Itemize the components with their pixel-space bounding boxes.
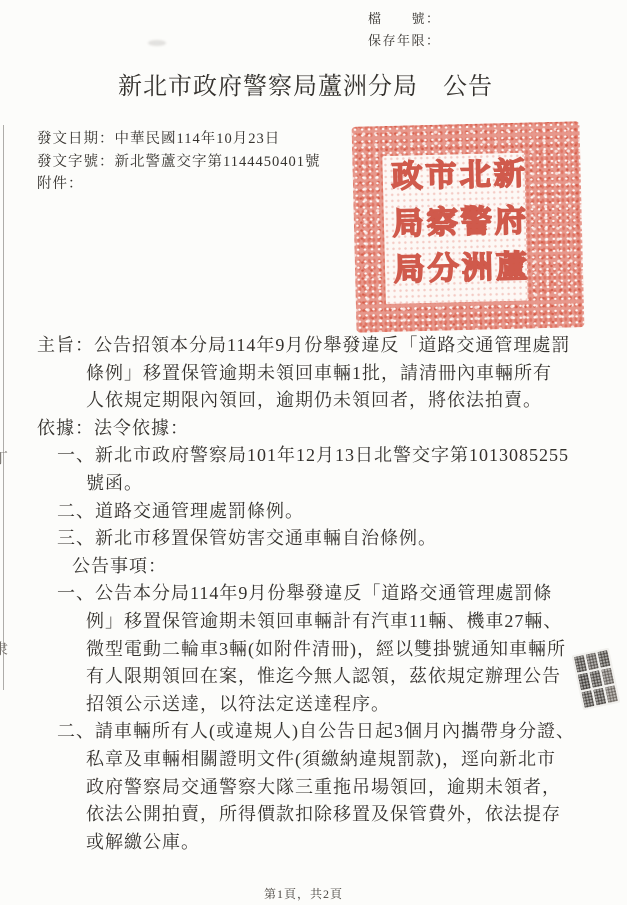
body-line: 三、新北市移置保管妨害交通車輛自治條例。 xyxy=(0,525,627,553)
body-line: 二、請車輛所有人(或違規人)自公告日起3個月內攜帶身分證、 xyxy=(0,718,627,746)
filing-block: 檔 號： 保存年限： xyxy=(368,8,441,52)
body-line: 有人限期領回在案，惟迄今無人認領，茲依規定辦理公告 xyxy=(0,663,627,691)
attachment-label: 附件： xyxy=(37,176,84,192)
retention-period-label: 保存年限： xyxy=(368,30,441,52)
body-line: 微型電動二輪車3輛(如附件清冊)，經以雙掛號通知車輛所 xyxy=(0,636,627,664)
body-line: 公告事項： xyxy=(0,553,627,581)
body-line: 私章及車輛相關證明文件(須繳納違規罰款)，逕向新北市 xyxy=(0,746,627,774)
stamp-cell xyxy=(597,650,610,668)
body-line: 一、公告本分局114年9月份舉發違反「道路交通管理處罰條 xyxy=(0,580,627,608)
body-line: 或解繳公庫。 xyxy=(0,829,627,857)
doc-number-value: 新北警蘆交字第1144450401號 xyxy=(115,154,321,170)
page-title: 新北市政府警察局蘆洲分局 公告 xyxy=(118,66,493,101)
doc-number-label: 發文字號： xyxy=(37,154,115,170)
page-number: 第1頁，共2頁 xyxy=(264,885,343,902)
body-line: 依據：法令依據： xyxy=(0,415,627,443)
scan-edge-mark: 隶 xyxy=(0,638,8,659)
body-line: 二、道路交通管理處罰條例。 xyxy=(0,498,627,526)
stamp-cell xyxy=(593,688,606,706)
body-line: 條例」移置保管逾期未領回車輛1批，請清冊內車輛所有 xyxy=(0,360,627,388)
stamp-cell xyxy=(574,655,587,673)
document-page: 檔 號： 保存年限： 新北市政府警察局蘆洲分局 公告 發文日期：中華民國114年… xyxy=(0,0,627,905)
meta-block: 發文日期：中華民國114年10月23日 發文字號：新北警蘆交字第11444504… xyxy=(37,128,320,196)
scan-smudge xyxy=(148,40,166,46)
stamp-cell xyxy=(578,673,591,691)
issue-date-value: 中華民國114年10月23日 xyxy=(115,131,281,147)
stamp-cell xyxy=(605,685,618,703)
stamp-cell xyxy=(581,690,594,708)
scan-edge-line xyxy=(3,125,4,690)
body-line: 主旨：公告招領本分局114年9月份舉發違反「道路交通管理處罰 xyxy=(0,332,627,360)
body-line: 招領公示送達，以符法定送達程序。 xyxy=(0,691,627,719)
body-line: 依法公開拍賣，所得價款扣除移置及保管費外，依法提存 xyxy=(0,801,627,829)
file-number-label: 檔 號： xyxy=(368,8,441,30)
official-seal-text: 新北市政府警察局蘆洲分局 xyxy=(384,157,525,300)
body-line: 號函。 xyxy=(0,470,627,498)
scan-edge-mark: 丁 xyxy=(0,447,8,468)
issue-date-label: 發文日期： xyxy=(37,131,115,147)
seal-column: 新北市政 xyxy=(384,157,523,207)
body-line: 政府警察局交通警察大隊三重拖吊場領回，逾期未領者， xyxy=(0,774,627,802)
official-seal-face: 新北市政府警察局蘆洲分局 xyxy=(382,153,528,304)
seal-column: 府警察局 xyxy=(385,203,524,253)
stamp-cell xyxy=(601,668,614,686)
body-line: 例」移置保管逾期未領回車輛計有汽車11輛、機車27輛、 xyxy=(0,608,627,636)
doc-number-row: 發文字號：新北警蘆交字第1144450401號 xyxy=(37,151,320,174)
stamp-cell xyxy=(586,653,599,671)
body-line: 一、新北市政府警察局101年12月13日北警交字第1013085255 xyxy=(0,442,627,470)
official-seal: 新北市政府警察局蘆洲分局 xyxy=(352,121,585,333)
body-line: 人依規定期限內領回，逾期仍未領回者，將依法拍賣。 xyxy=(0,387,627,415)
seal-column: 蘆洲分局 xyxy=(387,250,526,300)
announcement-body: 主旨：公告招領本分局114年9月份舉發違反「道路交通管理處罰條例」移置保管逾期未… xyxy=(0,332,627,856)
issue-date-row: 發文日期：中華民國114年10月23日 xyxy=(37,128,320,151)
attachment-row: 附件： xyxy=(37,173,320,196)
stamp-cell xyxy=(589,670,602,688)
